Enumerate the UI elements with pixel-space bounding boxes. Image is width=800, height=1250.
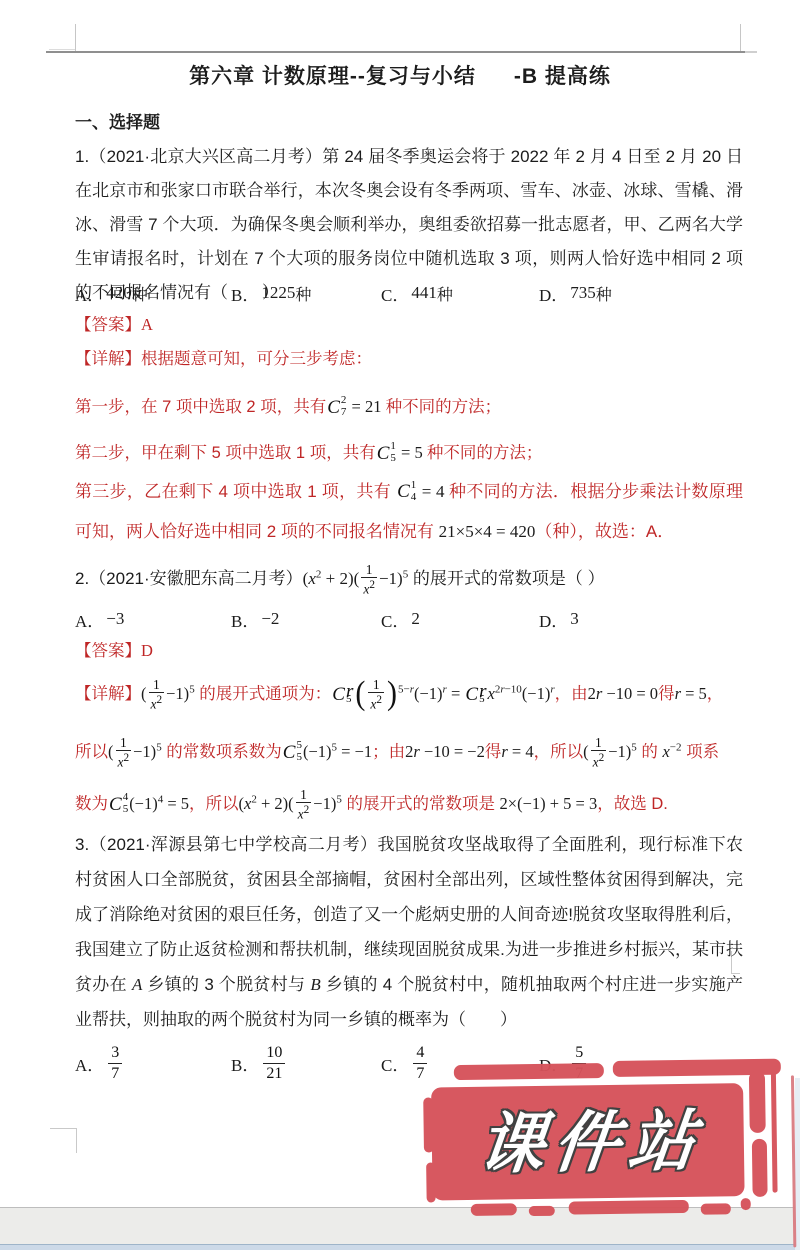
math-segment: (x2 + 2)( [239, 790, 294, 818]
text-segment: ，故选 D. [597, 790, 668, 818]
text-segment: ， [707, 680, 724, 708]
question-1-step-2: 第二步，甲在剩下 5 项中选取 1 项，共有C15 = 5 种不同的方法； [75, 430, 743, 476]
fraction-denominator: x2 [361, 577, 377, 597]
fraction-numerator: 1 [118, 735, 129, 750]
text-segment: （种），故选：A． [535, 522, 674, 541]
math-segment: x−2 [662, 738, 681, 766]
fraction-denominator: 21 [263, 1063, 285, 1084]
math-segment: 2 [411, 609, 420, 629]
option-D: D．3 [539, 607, 743, 632]
watermark-stamp: 课件站 [417, 1052, 800, 1250]
text-boundary-mark-bottom-left [50, 1128, 77, 1129]
text-segment: 种 [596, 282, 612, 305]
text-segment: 第二步，甲在剩下 5 项中选取 1 项，共有 [75, 439, 376, 467]
math-segment: A [141, 311, 153, 339]
combination-symbol: Cr5 [465, 682, 486, 706]
fraction: 1x2 [149, 677, 165, 712]
stamp-border-bottom [471, 1203, 517, 1216]
fraction-denominator: x2 [368, 692, 384, 712]
stamp-border-bottom [701, 1203, 731, 1214]
option-C: C．441 种 [381, 281, 539, 306]
text-segment: ，所以 [189, 790, 239, 818]
question-2-stem: 2.（2021·安徽肥东高二月考）(x2 + 2)(1x2−1)5 的展开式的常… [75, 553, 743, 605]
comb-letter: C [332, 685, 345, 704]
question-3-stem: 3.（2021·浑源县第七中学校高二月考）我国脱贫攻坚战取得了全面胜利，现行标准… [75, 827, 743, 1037]
question-2-explanation-line-2: 所以(1x2−1)5 的常数项系数为C55(−1)5 = −1；由2r −10 … [75, 724, 743, 780]
question-1-step-1: 第一步，在 7 项中选取 2 项，共有C27 = 21 种不同的方法； [75, 384, 743, 430]
document-page: { "page": { "title": "第六章 计数原理--复习与小结", … [0, 0, 800, 1250]
text-segment: ，由 [555, 680, 588, 708]
big-parenthesis: ) [387, 677, 397, 711]
math-segment: 21×5×4 = 420 [439, 522, 536, 541]
math-segment: 5−r(−1)r = [398, 680, 464, 708]
math-segment: 2×(−1) + 5 = 3 [500, 790, 598, 818]
option-label: D． [539, 281, 568, 306]
stamp-border-bottom [569, 1200, 689, 1215]
comb-indices: r5 [479, 682, 486, 706]
text-segment: 的展开式的常数项是 [342, 790, 500, 818]
fraction-denominator: x2 [296, 802, 312, 822]
question-2-answer: 【答案】D [75, 637, 743, 665]
math-segment: 1225 [261, 283, 295, 303]
option-label: B． [231, 1051, 259, 1076]
page-title: 第六章 计数原理--复习与小结 -B 提高练 [0, 60, 800, 90]
stamp-text: 课件站 [469, 1107, 707, 1176]
text-segment: 种 [295, 282, 311, 305]
fraction-numerator: 1 [364, 562, 375, 577]
math-segment: = 4 [417, 482, 449, 501]
stamp-body: 课件站 [431, 1083, 745, 1200]
math-segment: −3 [106, 609, 124, 629]
comb-indices: r5 [346, 682, 353, 706]
text-segment: 的展开式通项为： [195, 680, 332, 708]
fraction: 1x2 [116, 735, 132, 770]
text-boundary-mark-top-right [740, 24, 741, 51]
page-title-suffix: -B 提高练 [514, 60, 611, 90]
text-segment: 2.（2021·安徽肥东高二月考） [75, 565, 303, 593]
option-label: C． [381, 281, 409, 306]
text-segment: 的常数项系数为 [162, 738, 282, 766]
math-segment: −2 [261, 609, 279, 629]
stamp-border-bottom [529, 1206, 555, 1216]
math-segment: ( [141, 680, 147, 708]
stamp-border-right-thin [771, 1065, 778, 1193]
fraction-denominator: 7 [108, 1063, 122, 1084]
header-rule [46, 51, 745, 53]
option-label: C． [381, 607, 409, 632]
math-segment: A [132, 975, 142, 994]
stamp-border-outer [791, 1075, 796, 1247]
fraction-numerator: 1 [593, 735, 604, 750]
comb-indices: 27 [341, 395, 347, 419]
math-segment: −1)5 [313, 790, 342, 818]
fraction: 37 [108, 1043, 122, 1084]
text-segment: 【详解】根据题意可知，可分三步考虑： [75, 345, 372, 373]
text-segment: 3.（2021·浑源县第七中学校高二月考）我国脱贫攻坚战取得了全面胜利，现行标准… [75, 835, 743, 994]
math-segment: 735 [570, 283, 596, 303]
math-segment: 420 [106, 283, 132, 303]
text-segment: 数为 [75, 790, 108, 818]
text-segment: 所以 [75, 738, 108, 766]
math-segment: −1)5 [608, 738, 637, 766]
text-segment: ，所以 [534, 738, 584, 766]
big-parenthesis: ( [355, 677, 365, 711]
option-label: C． [381, 1051, 409, 1076]
combination-symbol: C45 [109, 792, 128, 816]
text-segment: 得 [658, 680, 675, 708]
comb-letter: C [327, 398, 340, 417]
section-heading: 一、选择题 [75, 108, 743, 133]
fraction-numerator: 1 [371, 677, 382, 692]
fraction: 1021 [263, 1043, 285, 1084]
comb-indices: 14 [411, 480, 417, 504]
math-segment: (−1)5 = −1 [303, 738, 372, 766]
text-boundary-mark-top-left [75, 24, 76, 51]
option-A: A．420 种 [75, 281, 231, 306]
text-segment: 第三步，乙在剩下 4 项中选取 1 项，共有 [75, 482, 396, 501]
stamp-border-right [749, 1071, 766, 1133]
text-segment: 项系 [682, 738, 720, 766]
text-segment: 的展开式的常数项是（ ） [408, 565, 604, 593]
option-label: A． [75, 1051, 104, 1076]
stamp-border-top [454, 1063, 604, 1080]
math-segment: B [310, 975, 320, 994]
fraction-numerator: 1 [298, 787, 309, 802]
math-segment: ( [583, 738, 589, 766]
comb-letter: C [377, 444, 390, 463]
fraction: 1x2 [361, 562, 377, 597]
question-1-explanation-intro: 【详解】根据题意可知，可分三步考虑： [75, 345, 743, 373]
math-segment: ( [108, 738, 114, 766]
math-segment: −1)5 [379, 565, 408, 593]
math-segment: 441 [411, 283, 437, 303]
comb-letter: C [397, 482, 410, 501]
comb-indices: 45 [123, 792, 129, 816]
option-label: A． [75, 281, 104, 306]
option-label: A． [75, 607, 104, 632]
combination-symbol: C55 [283, 740, 302, 764]
text-segment: 种不同的方法； [386, 393, 502, 421]
stamp-border-left [423, 1097, 434, 1152]
comb-indices: 55 [296, 740, 302, 764]
text-segment: 得 [485, 738, 502, 766]
option-label: D． [539, 607, 568, 632]
combination-symbol: C14 [397, 480, 416, 504]
option-B: B．1225 种 [231, 281, 381, 306]
text-segment: 种不同的方法； [427, 439, 543, 467]
math-segment: = 5 [397, 439, 427, 467]
text-segment: ；由 [372, 738, 405, 766]
combination-symbol: C15 [377, 441, 396, 465]
math-segment: 3 [570, 609, 579, 629]
option-B: B．−2 [231, 607, 381, 632]
option-label: B． [231, 281, 259, 306]
math-segment: 2r −10 = −2 [405, 738, 485, 766]
question-2-options: A．−3B．−2C．2D．3 [75, 604, 743, 634]
math-segment: −1)5 [133, 738, 162, 766]
header-rule-lead [49, 49, 75, 50]
comb-letter: C [283, 743, 296, 762]
comb-letter: C [465, 685, 478, 704]
math-segment: (−1)4 = 5 [129, 790, 189, 818]
question-2-explanation-line-1: 【详解】(1x2−1)5 的展开式通项为：Cr5(1x2)5−r(−1)r = … [75, 666, 743, 722]
comb-letter: C [109, 795, 122, 814]
text-segment: 种 [132, 282, 148, 305]
text-boundary-mark-bottom-left [76, 1128, 77, 1153]
text-segment: 【答案】 [75, 637, 141, 665]
fraction-numerator: 1 [151, 677, 162, 692]
math-segment: D [141, 637, 153, 665]
combination-symbol: Cr5 [332, 682, 353, 706]
comb-indices: 15 [390, 441, 396, 465]
text-segment: 第一步，在 7 项中选取 2 项，共有 [75, 393, 326, 421]
question-1-options: A．420 种B．1225 种C．441 种D．735 种 [75, 278, 743, 308]
fraction-denominator: x2 [149, 692, 165, 712]
option-D: D．735 种 [539, 281, 743, 306]
math-segment: 2r −10 = 0 [588, 680, 658, 708]
math-segment: = 21 [347, 393, 385, 421]
text-segment: 种 [437, 282, 453, 305]
combination-symbol: C27 [327, 395, 346, 419]
fraction: 1x2 [296, 787, 312, 822]
text-segment: 乡镇的 3 个脱贫村与 [142, 975, 310, 994]
fraction-numerator: 3 [108, 1043, 122, 1063]
math-segment: x2r−10(−1)r [487, 680, 554, 708]
page-title-main: 第六章 计数原理--复习与小结 [189, 60, 476, 90]
math-segment: (x2 + 2)( [303, 565, 360, 593]
fraction: 1x2 [591, 735, 607, 770]
stamp-border-right [752, 1139, 768, 1197]
option-A: A．−3 [75, 607, 231, 632]
fraction: 1x2 [368, 677, 384, 712]
fraction-denominator: x2 [591, 750, 607, 770]
text-segment: 【详解】 [75, 680, 141, 708]
math-segment: −1)5 [166, 680, 195, 708]
math-segment: r = 4 [501, 738, 533, 766]
option-label: B． [231, 607, 259, 632]
option-C: C．2 [381, 607, 539, 632]
option-A: A．37 [75, 1043, 231, 1084]
math-segment: r = 5 [675, 680, 707, 708]
question-1-answer: 【答案】A [75, 311, 743, 339]
text-segment: 的 [637, 738, 663, 766]
question-1-step-3: 第三步，乙在剩下 4 项中选取 1 项，共有 C14 = 4 种不同的方法．根据… [75, 472, 743, 552]
text-segment: 【答案】 [75, 311, 141, 339]
fraction-denominator: x2 [116, 750, 132, 770]
stamp-border-bottom [741, 1198, 751, 1210]
fraction-numerator: 10 [263, 1043, 285, 1063]
header-rule-tail [745, 51, 757, 53]
question-2-explanation-line-3: 数为C45(−1)4 = 5，所以(x2 + 2)(1x2−1)5 的展开式的常… [75, 782, 743, 826]
option-B: B．1021 [231, 1043, 381, 1084]
stamp-border-left [426, 1162, 436, 1202]
